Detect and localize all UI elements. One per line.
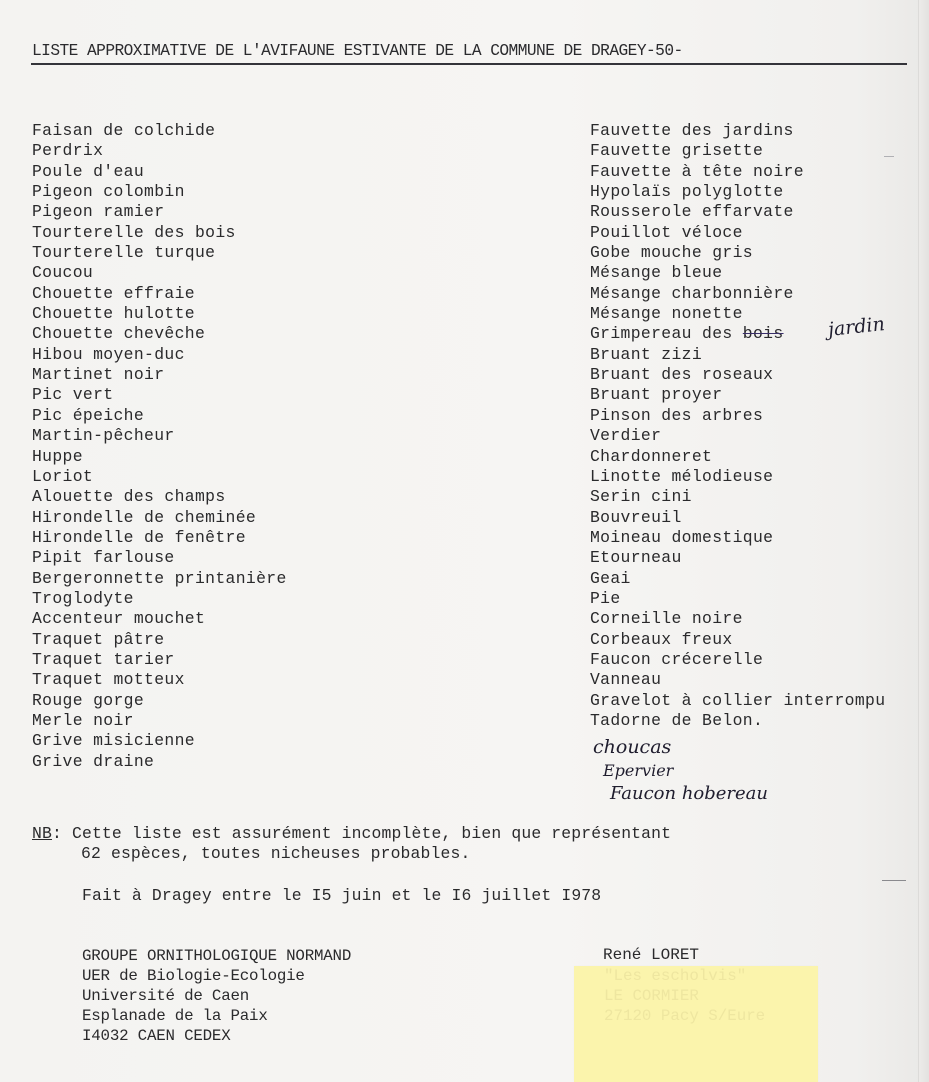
- address-line: I4032 CAEN CEDEX: [82, 1026, 351, 1046]
- handwritten-addition: Faucon hobereau: [610, 783, 768, 804]
- species-item: Fauvette à tête noire: [590, 162, 919, 182]
- species-item: Hypolaïs polyglotte: [590, 182, 919, 202]
- note-block: NB: Cette liste est assurément incomplèt…: [32, 824, 671, 865]
- covered-address-line: "Les escholvis": [604, 966, 765, 986]
- document-title: LISTE APPROXIMATIVE DE L'AVIFAUNE ESTIVA…: [32, 42, 683, 60]
- species-item: Bouvreuil: [590, 508, 919, 528]
- species-item: Troglodyte: [32, 589, 287, 609]
- species-item: Poule d'eau: [32, 162, 287, 182]
- page-edge-shadow: [918, 0, 929, 1082]
- species-item: Gravelot à collier interrompu: [590, 691, 919, 711]
- scan-mark: [882, 880, 906, 881]
- species-item: Martin-pêcheur: [32, 426, 287, 446]
- species-item: Mésange bleue: [590, 263, 919, 283]
- address-line: Université de Caen: [82, 986, 351, 1006]
- species-item: Corneille noire: [590, 609, 919, 629]
- scanned-page: LISTE APPROXIMATIVE DE L'AVIFAUNE ESTIVA…: [0, 0, 929, 1082]
- species-item: Chouette hulotte: [32, 304, 287, 324]
- note-separator: :: [52, 824, 72, 843]
- species-item: Tourterelle des bois: [32, 223, 287, 243]
- species-item: Hibou moyen-duc: [32, 345, 287, 365]
- species-item: Pic vert: [32, 385, 287, 405]
- species-item: Pouillot véloce: [590, 223, 919, 243]
- species-item: Merle noir: [32, 711, 287, 731]
- species-item: Hirondelle de cheminée: [32, 508, 287, 528]
- address-block: GROUPE ORNITHOLOGIQUE NORMANDUER de Biol…: [82, 946, 351, 1046]
- species-item: Bruant zizi: [590, 345, 919, 365]
- species-item: Serin cini: [590, 487, 919, 507]
- species-item: Etourneau: [590, 548, 919, 568]
- species-item: Fauvette des jardins: [590, 121, 919, 141]
- species-item: Alouette des champs: [32, 487, 287, 507]
- species-item: Traquet pâtre: [32, 630, 287, 650]
- species-item: Martinet noir: [32, 365, 287, 385]
- struck-word: bois: [743, 324, 784, 343]
- species-item: Linotte mélodieuse: [590, 467, 919, 487]
- species-list-left: Faisan de colchidePerdrixPoule d'eauPige…: [32, 121, 287, 772]
- title-underline: [31, 63, 907, 65]
- species-list-right: Fauvette des jardinsFauvette grisetteFau…: [590, 121, 919, 731]
- species-item: Mésange charbonnière: [590, 284, 919, 304]
- address-line: UER de Biologie-Ecologie: [82, 966, 351, 986]
- species-item: Rousserole effarvate: [590, 202, 919, 222]
- species-item: Accenteur mouchet: [32, 609, 287, 629]
- species-item: Pipit farlouse: [32, 548, 287, 568]
- species-item: Grive misicienne: [32, 731, 287, 751]
- species-item: Tadorne de Belon.: [590, 711, 919, 731]
- species-item: Chouette effraie: [32, 284, 287, 304]
- covered-address-line: LE CORMIER: [604, 986, 765, 1006]
- note-line-1: Cette liste est assurément incomplète, b…: [72, 824, 671, 843]
- species-item: Moineau domestique: [590, 528, 919, 548]
- species-item: Fauvette grisette: [590, 141, 919, 161]
- note-label: NB: [32, 824, 52, 843]
- species-item: Pigeon ramier: [32, 202, 287, 222]
- species-item: Gobe mouche gris: [590, 243, 919, 263]
- species-item: Chouette chevêche: [32, 324, 287, 344]
- species-item: Grive draine: [32, 752, 287, 772]
- species-item: Pie: [590, 589, 919, 609]
- species-item: Faisan de colchide: [32, 121, 287, 141]
- species-item: Coucou: [32, 263, 287, 283]
- species-item: Bruant proyer: [590, 385, 919, 405]
- species-item: Perdrix: [32, 141, 287, 161]
- species-item: Traquet motteux: [32, 670, 287, 690]
- species-item: Bergeronnette printanière: [32, 569, 287, 589]
- species-item: Loriot: [32, 467, 287, 487]
- handwritten-addition: choucas: [593, 736, 671, 758]
- species-item: Pic épeiche: [32, 406, 287, 426]
- species-item: Huppe: [32, 447, 287, 467]
- species-item: Bruant des roseaux: [590, 365, 919, 385]
- sticky-note: "Les escholvis"LE CORMIER27120 Pacy S/Eu…: [574, 966, 818, 1082]
- species-item: Rouge gorge: [32, 691, 287, 711]
- species-item: Faucon crécerelle: [590, 650, 919, 670]
- covered-address: "Les escholvis"LE CORMIER27120 Pacy S/Eu…: [604, 966, 765, 1026]
- address-line: GROUPE ORNITHOLOGIQUE NORMAND: [82, 946, 351, 966]
- handwritten-addition: Epervier: [603, 761, 673, 780]
- species-item: Hirondelle de fenêtre: [32, 528, 287, 548]
- species-item: Pigeon colombin: [32, 182, 287, 202]
- species-item: Verdier: [590, 426, 919, 446]
- species-item: Pinson des arbres: [590, 406, 919, 426]
- note-line-2: 62 espèces, toutes nicheuses probables.: [32, 844, 470, 863]
- species-item: Corbeaux freux: [590, 630, 919, 650]
- author-name: René LORET: [603, 946, 699, 964]
- date-line: Fait à Dragey entre le I5 juin et le I6 …: [82, 886, 601, 905]
- species-item: Geai: [590, 569, 919, 589]
- species-item: Tourterelle turque: [32, 243, 287, 263]
- address-line: Esplanade de la Paix: [82, 1006, 351, 1026]
- species-item: Chardonneret: [590, 447, 919, 467]
- covered-address-line: 27120 Pacy S/Eure: [604, 1006, 765, 1026]
- species-item: Vanneau: [590, 670, 919, 690]
- species-item: Traquet tarier: [32, 650, 287, 670]
